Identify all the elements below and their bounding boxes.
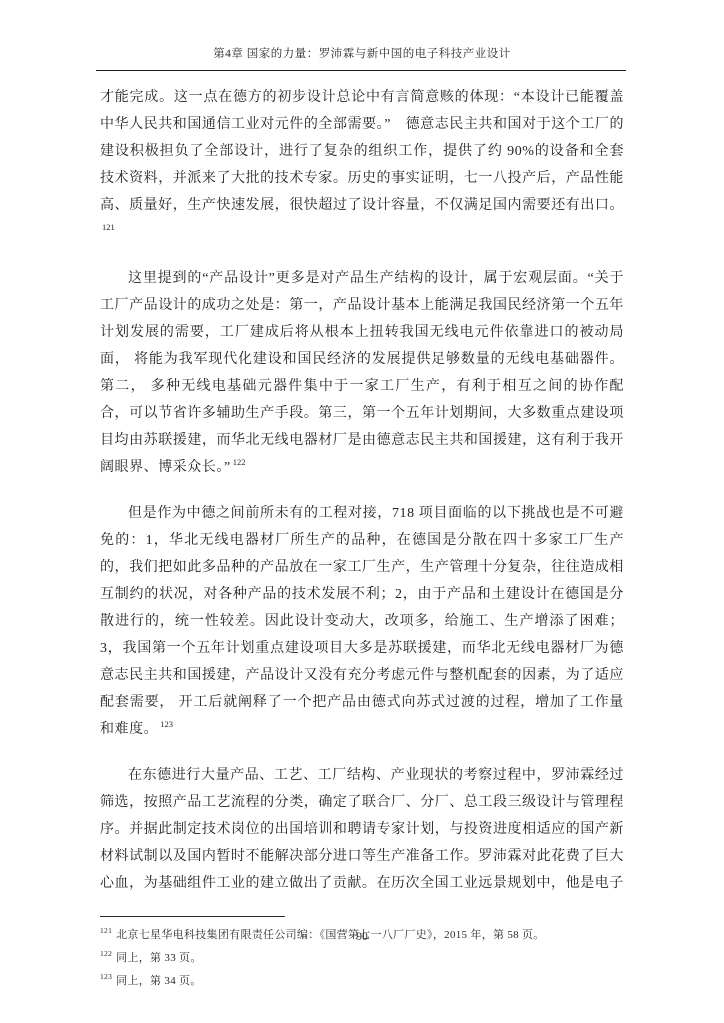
header-divider (96, 70, 626, 71)
page-number: 90 (0, 931, 724, 943)
document-body: 才能完成。这一点在德方的初步设计总论中有言简意赅的体现：“本设计已能覆盖中华人民… (100, 84, 624, 897)
page-content: 第4章 国家的力量：罗沛霖与新中国的电子科技产业设计 才能完成。这一点在德方的初… (100, 0, 624, 993)
footnote: 123同上，第 34 页。 (100, 970, 624, 993)
footnote-number: 123 (100, 972, 112, 981)
footnote: 122同上，第 33 页。 (100, 947, 624, 970)
footnotes-section: 121北京七星华电科技集团有限责任公司编：《国营第七一八厂厂史》，2015 年，… (100, 916, 624, 993)
chapter-header: 第4章 国家的力量：罗沛霖与新中国的电子科技产业设计 (100, 45, 624, 61)
paragraph: 这里提到的“产品设计”更多是对产品生产结构的设计，属于宏观层面。“关于工厂产品设… (100, 265, 624, 481)
paragraph: 但是作为中德之间前所未有的工程对接，718 项目面临的以下挑战也是不可避免的：1… (100, 500, 624, 743)
footnote-ref: 122 (233, 457, 246, 467)
footnote-ref: 123 (160, 719, 173, 729)
document-page: 第4章 国家的力量：罗沛霖与新中国的电子科技产业设计 才能完成。这一点在德方的初… (0, 0, 724, 1023)
paragraph: 才能完成。这一点在德方的初步设计总论中有言简意赅的体现：“本设计已能覆盖中华人民… (100, 84, 624, 246)
paragraph: 在东德进行大量产品、工艺、工厂结构、产业现状的考察过程中，罗沛霖经过筛选，按照产… (100, 762, 624, 897)
footnote-ref: 121 (102, 222, 115, 232)
footnote-number: 122 (100, 949, 112, 958)
footnote-divider (100, 916, 285, 917)
